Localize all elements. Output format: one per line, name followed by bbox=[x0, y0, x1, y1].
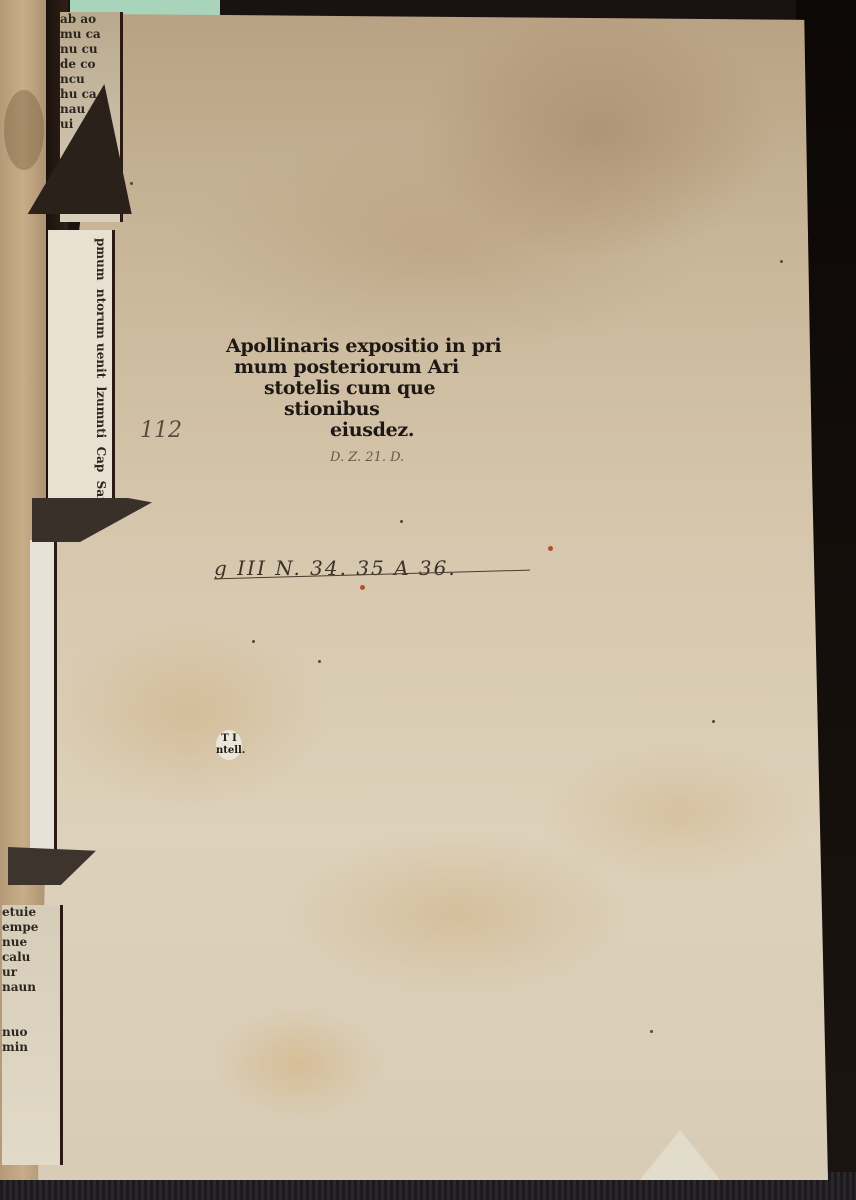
binding-fragment-text: pmum ntorum uenit lzumnti Cap Sanitas pe… bbox=[93, 238, 108, 498]
facing-page-stain bbox=[4, 90, 44, 170]
paper-speck bbox=[130, 182, 133, 185]
title-line: mum posteriorum Ari bbox=[226, 357, 556, 378]
title-line: stotelis cum que bbox=[226, 378, 556, 399]
title-line: Apollinaris expositio in pri bbox=[226, 336, 556, 357]
binding-fragment-text: etuie empe nue calu ur naun nuo min bbox=[2, 905, 60, 1055]
title-line: stionibus bbox=[226, 399, 556, 420]
paper-speck bbox=[650, 1030, 653, 1033]
paper-speck bbox=[318, 660, 321, 663]
paper-speck bbox=[780, 260, 783, 263]
binding-fragment-bottom: etuie empe nue calu ur naun nuo min bbox=[2, 905, 63, 1165]
binding-fragment-middle: pmum ntorum uenit lzumnti Cap Sanitas pe… bbox=[48, 230, 115, 500]
paper-speck bbox=[400, 520, 403, 523]
stamp-text: T I bbox=[216, 733, 242, 745]
red-ink-spot bbox=[548, 546, 553, 551]
ink-stamp: T I ntell. bbox=[216, 730, 242, 760]
paper-speck bbox=[712, 720, 715, 723]
title-page bbox=[38, 14, 828, 1180]
printed-title: Apollinaris expositio in pri mum posteri… bbox=[226, 336, 556, 441]
paper-speck bbox=[252, 640, 255, 643]
margin-number-annotation: 112 bbox=[140, 418, 182, 443]
red-ink-spot bbox=[360, 585, 365, 590]
signature-annotation: D. Z. 21. D. bbox=[330, 450, 404, 465]
title-line: eiusdez. bbox=[226, 420, 556, 441]
binding-fragment-lower bbox=[30, 540, 57, 850]
stamp-text: ntell. bbox=[216, 745, 242, 757]
